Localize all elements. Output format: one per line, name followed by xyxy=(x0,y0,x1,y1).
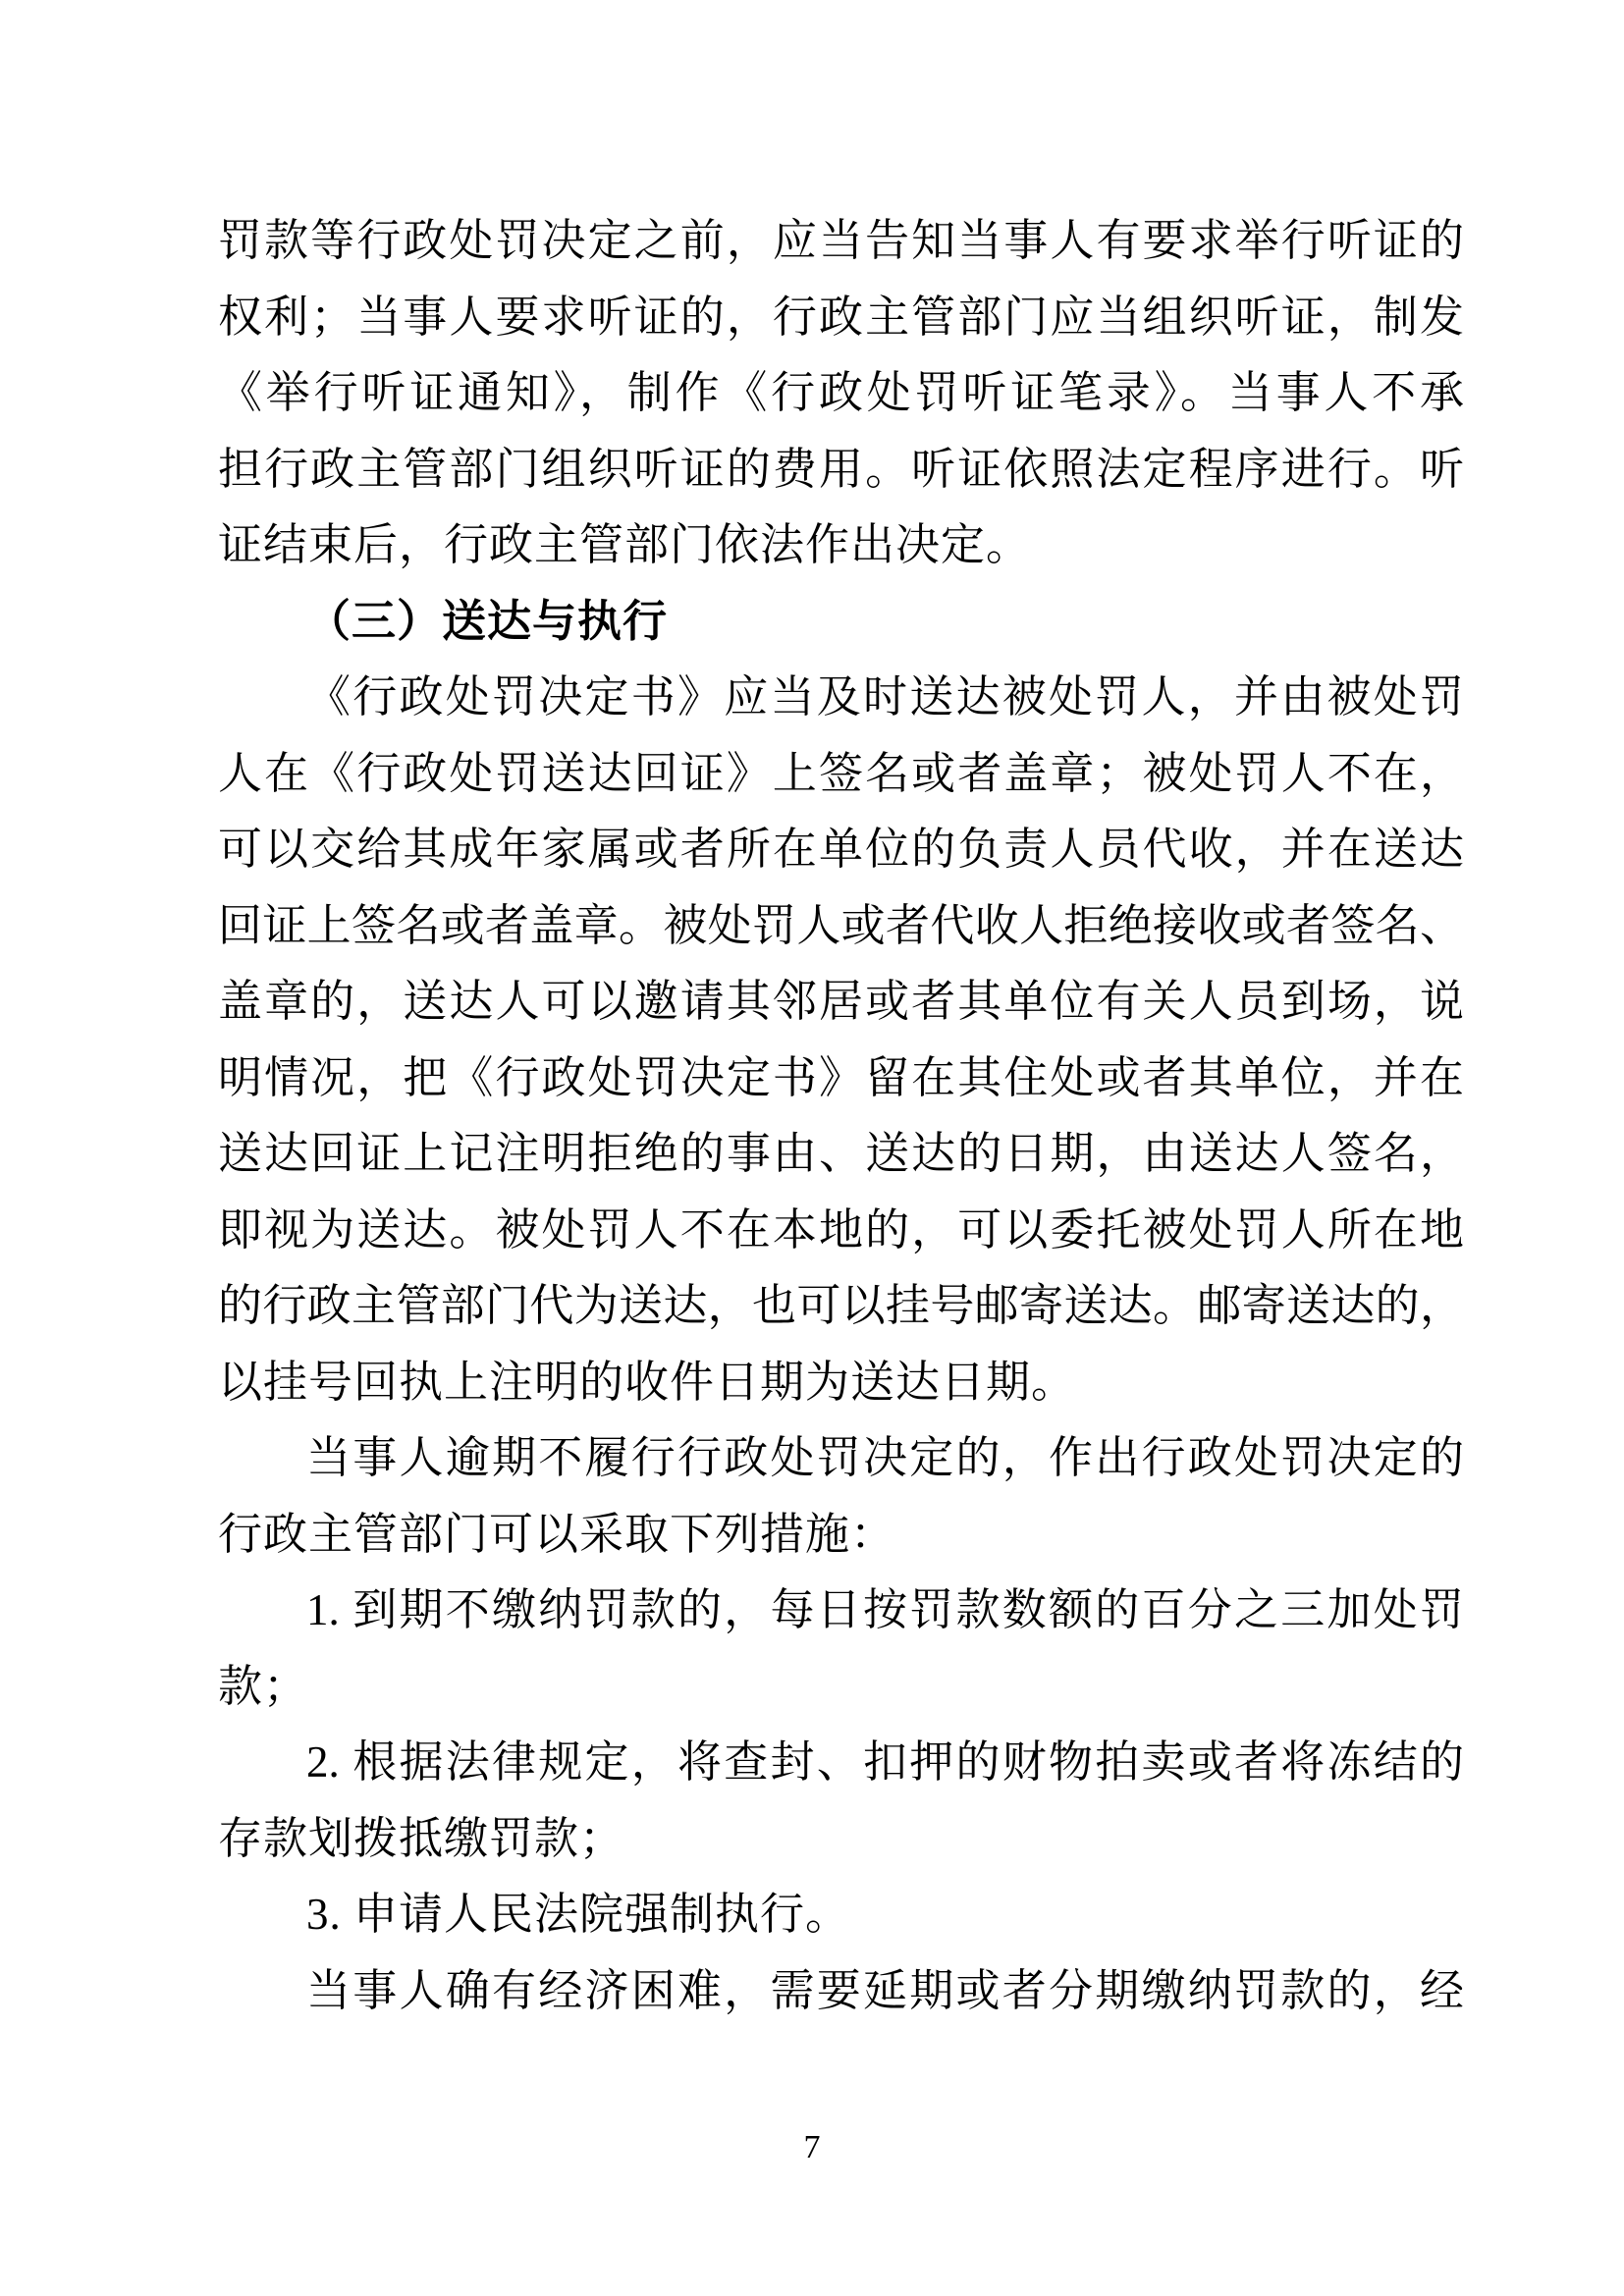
text-line: 罚款等行政处罚决定之前，应当告知当事人有要求举行听证的 xyxy=(218,203,1464,280)
text-line: 权利；当事人要求听证的，行政主管部门应当组织听证，制发 xyxy=(218,280,1464,356)
document-body: 罚款等行政处罚决定之前，应当告知当事人有要求举行听证的 权利；当事人要求听证的，… xyxy=(218,203,1464,2029)
text-line: 存款划拨抵缴罚款； xyxy=(218,1801,1464,1878)
text-line: 送达回证上记注明拒绝的事由、送达的日期，由送达人签名， xyxy=(218,1116,1464,1193)
page-number: 7 xyxy=(0,2128,1624,2167)
document-page: 罚款等行政处罚决定之前，应当告知当事人有要求举行听证的 权利；当事人要求听证的，… xyxy=(0,0,1624,2296)
text-line: 即视为送达。被处罚人不在本地的，可以委托被处罚人所在地 xyxy=(218,1193,1464,1269)
list-item-2: 2. 根据法律规定，将查封、扣押的财物拍卖或者将冻结的 xyxy=(218,1725,1464,1801)
text-line: 人在《行政处罚送达回证》上签名或者盖章；被处罚人不在， xyxy=(218,736,1464,813)
text-line: 《举行听证通知》，制作《行政处罚听证笔录》。当事人不承 xyxy=(218,355,1464,432)
text-line: 以挂号回执上注明的收件日期为送达日期。 xyxy=(218,1345,1464,1421)
text-line: 《行政处罚决定书》应当及时送达被处罚人，并由被处罚 xyxy=(218,660,1464,736)
text-line: 可以交给其成年家属或者所在单位的负责人员代收，并在送达 xyxy=(218,812,1464,888)
text-line: 证结束后，行政主管部门依法作出决定。 xyxy=(218,507,1464,584)
text-line: 盖章的，送达人可以邀请其邻居或者其单位有关人员到场，说 xyxy=(218,964,1464,1041)
text-line: 担行政主管部门组织听证的费用。听证依照法定程序进行。听 xyxy=(218,432,1464,508)
list-item-3: 3. 申请人民法院强制执行。 xyxy=(218,1877,1464,1953)
text-line: 回证上签名或者盖章。被处罚人或者代收人拒绝接收或者签名、 xyxy=(218,888,1464,965)
text-line: 款； xyxy=(218,1649,1464,1726)
section-heading: （三）送达与执行 xyxy=(218,584,1464,661)
text-line: 明情况，把《行政处罚决定书》留在其住处或者其单位，并在 xyxy=(218,1041,1464,1117)
list-item-1: 1. 到期不缴纳罚款的，每日按罚款数额的百分之三加处罚 xyxy=(218,1573,1464,1649)
text-line: 当事人确有经济困难，需要延期或者分期缴纳罚款的，经 xyxy=(218,1953,1464,2030)
text-line: 行政主管部门可以采取下列措施： xyxy=(218,1497,1464,1574)
text-line: 的行政主管部门代为送达，也可以挂号邮寄送达。邮寄送达的， xyxy=(218,1268,1464,1345)
text-line: 当事人逾期不履行行政处罚决定的，作出行政处罚决定的 xyxy=(218,1420,1464,1497)
